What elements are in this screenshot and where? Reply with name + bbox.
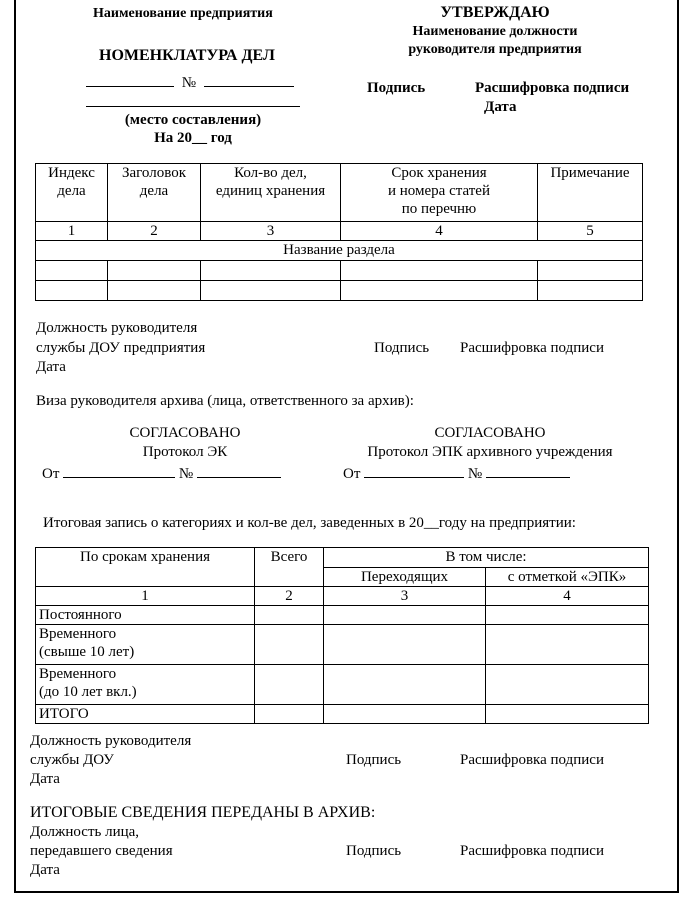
header-including: В том числе:: [324, 548, 649, 568]
agreed-left-number-sign: №: [179, 466, 193, 482]
header-transitional: Переходящих: [324, 568, 486, 587]
approver-position-line1: Наименование должности: [380, 24, 610, 40]
agreed-right-title: СОГЛАСОВАНО: [350, 425, 630, 442]
cell[interactable]: [255, 665, 324, 705]
number-left-blank[interactable]: [86, 72, 174, 87]
cell[interactable]: [255, 625, 324, 665]
cell[interactable]: [36, 281, 108, 301]
nomenclature-table: Индексдела Заголовокдела Кол-во дел,един…: [35, 163, 643, 301]
colnum-4: 4: [341, 222, 538, 241]
cell[interactable]: [255, 705, 324, 724]
cell[interactable]: [341, 261, 538, 281]
header-index: Индексдела: [36, 164, 108, 222]
cell[interactable]: [486, 665, 649, 705]
dou2-position-line1: Должность руководителя: [30, 733, 191, 750]
header-period: По срокам хранения: [36, 548, 255, 587]
agreed-left-number-blank[interactable]: [197, 463, 281, 478]
cell[interactable]: [341, 281, 538, 301]
transfer-date: Дата: [30, 862, 60, 879]
section-title-row: Название раздела: [36, 241, 643, 261]
document-title: НОМЕНКЛАТУРА ДЕЛ: [99, 47, 275, 65]
header-total: Всего: [255, 548, 324, 587]
transfer-position-line1: Должность лица,: [30, 824, 139, 841]
cell[interactable]: [255, 606, 324, 625]
dou-position-line2: службы ДОУ предприятия: [36, 340, 205, 357]
number-right-blank[interactable]: [204, 72, 294, 87]
dou-signature: Подпись: [374, 340, 429, 357]
cell[interactable]: [36, 261, 108, 281]
cell[interactable]: [324, 625, 486, 665]
number-sign: №: [182, 75, 196, 91]
dou2-date: Дата: [30, 771, 60, 788]
cell[interactable]: [324, 705, 486, 724]
header-title: Заголовокдела: [108, 164, 201, 222]
header-retention: Срок храненияи номера статейпо перечню: [341, 164, 538, 222]
enterprise-name: Наименование предприятия: [93, 6, 273, 22]
cell[interactable]: [486, 625, 649, 665]
approver-position-line2: руководителя предприятия: [380, 42, 610, 58]
archive-visa: Виза руководителя архива (лица, ответств…: [36, 393, 414, 410]
approver-date: Дата: [484, 99, 516, 116]
header-note: Примечание: [538, 164, 643, 222]
place-caption: (место составления): [86, 112, 300, 129]
colnum-3: 3: [201, 222, 341, 241]
table-row: Постоянного: [36, 606, 649, 625]
agreed-right-from: От: [343, 466, 360, 482]
table-row: Временного(свыше 10 лет): [36, 625, 649, 665]
cell[interactable]: [324, 606, 486, 625]
agreed-right-number-sign: №: [468, 466, 482, 482]
row-temporary-over-10: Временного(свыше 10 лет): [36, 625, 255, 665]
table-row: Временного(до 10 лет вкл.): [36, 665, 649, 705]
cell[interactable]: [486, 606, 649, 625]
colnum-2: 2: [108, 222, 201, 241]
sum-colnum-2: 2: [255, 587, 324, 606]
table-row: [36, 281, 643, 301]
transfer-signature: Подпись: [346, 843, 401, 860]
number-line: №: [86, 72, 294, 92]
agreed-left-title: СОГЛАСОВАНО: [60, 425, 310, 442]
cell[interactable]: [108, 281, 201, 301]
cell[interactable]: [201, 281, 341, 301]
agreed-left-line: От №: [42, 463, 281, 483]
dou2-signature: Подпись: [346, 752, 401, 769]
summary-table: По срокам хранения Всего В том числе: Пе…: [35, 547, 649, 724]
header-epk: с отметкой «ЭПК»: [486, 568, 649, 587]
agreed-right-line: От №: [343, 463, 570, 483]
year-line: На 20__ год: [86, 130, 300, 147]
dou-position-line1: Должность руководителя: [36, 320, 197, 337]
cell[interactable]: [538, 261, 643, 281]
row-permanent: Постоянного: [36, 606, 255, 625]
agreed-right-number-blank[interactable]: [486, 463, 570, 478]
colnum-1: 1: [36, 222, 108, 241]
agreed-left-from: От: [42, 466, 59, 482]
dou2-position-line2: службы ДОУ: [30, 752, 114, 769]
table-row: ИТОГО: [36, 705, 649, 724]
cell[interactable]: [201, 261, 341, 281]
table-row: [36, 261, 643, 281]
dou2-signature-decoding: Расшифровка подписи: [460, 752, 604, 769]
agreed-right-protocol: Протокол ЭПК архивного учреждения: [350, 444, 630, 461]
cell[interactable]: [324, 665, 486, 705]
sum-colnum-3: 3: [324, 587, 486, 606]
cell[interactable]: [108, 261, 201, 281]
row-temporary-up-to-10: Временного(до 10 лет вкл.): [36, 665, 255, 705]
approve-title: УТВЕРЖДАЮ: [380, 4, 610, 22]
dou-date: Дата: [36, 359, 66, 376]
transfer-position-line2: передавшего сведения: [30, 843, 173, 860]
dou-signature-decoding: Расшифровка подписи: [460, 340, 604, 357]
row-total: ИТОГО: [36, 705, 255, 724]
summary-caption: Итоговая запись о категориях и кол-ве де…: [43, 515, 576, 532]
sum-colnum-1: 1: [36, 587, 255, 606]
cell[interactable]: [486, 705, 649, 724]
sum-colnum-4: 4: [486, 587, 649, 606]
place-blank[interactable]: [86, 106, 300, 107]
transfer-title: ИТОГОВЫЕ СВЕДЕНИЯ ПЕРЕДАНЫ В АРХИВ:: [30, 804, 375, 822]
approver-signature-decoding: Расшифровка подписи: [475, 80, 629, 97]
transfer-signature-decoding: Расшифровка подписи: [460, 843, 604, 860]
header-count: Кол-во дел,единиц хранения: [201, 164, 341, 222]
colnum-5: 5: [538, 222, 643, 241]
agreed-left-protocol: Протокол ЭК: [60, 444, 310, 461]
agreed-left-date-blank[interactable]: [63, 463, 175, 478]
agreed-right-date-blank[interactable]: [364, 463, 464, 478]
cell[interactable]: [538, 281, 643, 301]
approver-signature: Подпись: [367, 80, 425, 97]
